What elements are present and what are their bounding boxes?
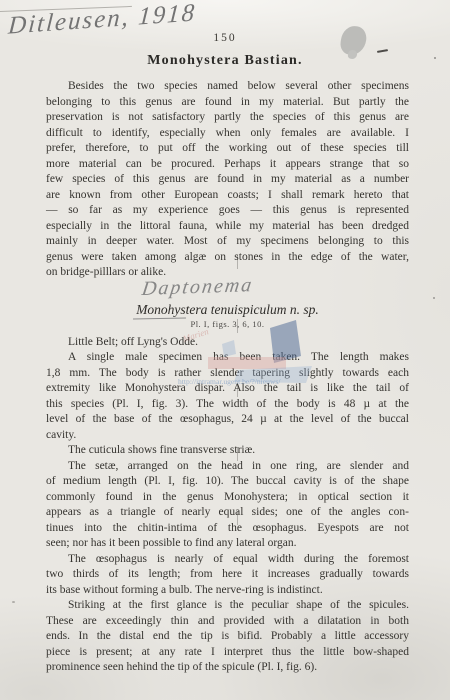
text-line: extremity like Monohystera dispar. Also … bbox=[46, 381, 409, 397]
text-line: prefer, therefore, to put off the workin… bbox=[46, 141, 409, 157]
text-line: appears as a triangle of nearly equal si… bbox=[46, 505, 409, 521]
paragraph: Striking at the first glance is the pecu… bbox=[46, 598, 409, 676]
text-line: mainly in deeper water. Most of my speci… bbox=[46, 234, 409, 250]
text-line: These are exceedingly thin and provided … bbox=[46, 614, 409, 630]
text-line: — so far as my experience goes — this ge… bbox=[46, 203, 409, 219]
paper-speck bbox=[433, 297, 435, 299]
text-line: Besides the two species named below seve… bbox=[46, 79, 409, 95]
intro-paragraphs: Besides the two species named below seve… bbox=[46, 79, 409, 281]
text-line: genus were taken among algæ on stones in… bbox=[46, 250, 409, 266]
scanned-page: Ditleusen, 1918 150 Monohystera Bastian.… bbox=[0, 0, 450, 700]
section-heading: Monohystera Bastian. bbox=[0, 53, 450, 69]
text-line: more material can be procured. Perhaps i… bbox=[46, 157, 409, 173]
body-paragraphs: Little Belt; off Lyng's Odde.A single ma… bbox=[46, 335, 409, 676]
text-line: tinues into the chitin-intima of the œso… bbox=[46, 521, 409, 537]
paragraph: A single male specimen has been taken. T… bbox=[46, 350, 409, 443]
text-line: A single male specimen has been taken. T… bbox=[46, 350, 409, 366]
text-line: 1,8 mm. The body is rather slender taper… bbox=[46, 366, 409, 382]
text-line: The œsophagus is nearly of equal width d… bbox=[46, 552, 409, 568]
text-line: of medium length (Pl. I, fig. 10). The b… bbox=[46, 474, 409, 490]
text-line: Striking at the first glance is the pecu… bbox=[46, 598, 409, 614]
text-line: piece is present; at any rate I interpre… bbox=[46, 645, 409, 661]
text-line: its base without forming a bulb. The ner… bbox=[46, 583, 409, 599]
paragraph: The setæ, arranged on the head in one ri… bbox=[46, 459, 409, 552]
text-line: commonly found in the genus Monohystera;… bbox=[46, 490, 409, 506]
handwritten-genus-annotation: Daptonema bbox=[140, 274, 255, 301]
text-column: Besides the two species named below seve… bbox=[46, 79, 409, 676]
text-line: especially in the littoral fauna, while … bbox=[46, 219, 409, 235]
text-line: difficult to identify, especially when o… bbox=[46, 126, 409, 142]
text-line: prominence seen hehind the tip of the sp… bbox=[46, 660, 409, 676]
page-number: 150 bbox=[0, 32, 450, 44]
text-line: preservation is not satisfactory partly … bbox=[46, 110, 409, 126]
paragraph: The cuticula shows fine transverse striæ… bbox=[46, 443, 409, 459]
species-heading: Monohystera tenuispiculum n. sp. bbox=[46, 302, 409, 318]
text-line: ends. In the distal end the tip is bifid… bbox=[46, 629, 409, 645]
text-line: few species of this genus are found in m… bbox=[46, 172, 409, 188]
ink-stain bbox=[339, 24, 368, 56]
paper-speck bbox=[12, 601, 15, 603]
text-line: two thirds of its length; from here it i… bbox=[46, 567, 409, 583]
figures-reference: Pl. I, figs. 3, 6, 10. bbox=[46, 318, 409, 330]
text-line: level of the base of the œsophagus, 24 µ… bbox=[46, 412, 409, 428]
text-line: seen; nor has it been possible to find a… bbox=[46, 536, 409, 552]
paragraph: Little Belt; off Lyng's Odde. bbox=[46, 335, 409, 351]
paragraph: Besides the two species named below seve… bbox=[46, 79, 409, 281]
text-line: Little Belt; off Lyng's Odde. bbox=[46, 335, 409, 351]
text-line: The cuticula shows fine transverse striæ… bbox=[46, 443, 409, 459]
paragraph: The œsophagus is nearly of equal width d… bbox=[46, 552, 409, 599]
text-line: cavity. bbox=[46, 428, 409, 444]
text-line: belonging to this genus are found in my … bbox=[46, 95, 409, 111]
text-line: The setæ, arranged on the head in one ri… bbox=[46, 459, 409, 475]
text-line: are known from other European coasts; I … bbox=[46, 188, 409, 204]
text-line: this species (Pl. I, fig. 3). The width … bbox=[46, 397, 409, 413]
